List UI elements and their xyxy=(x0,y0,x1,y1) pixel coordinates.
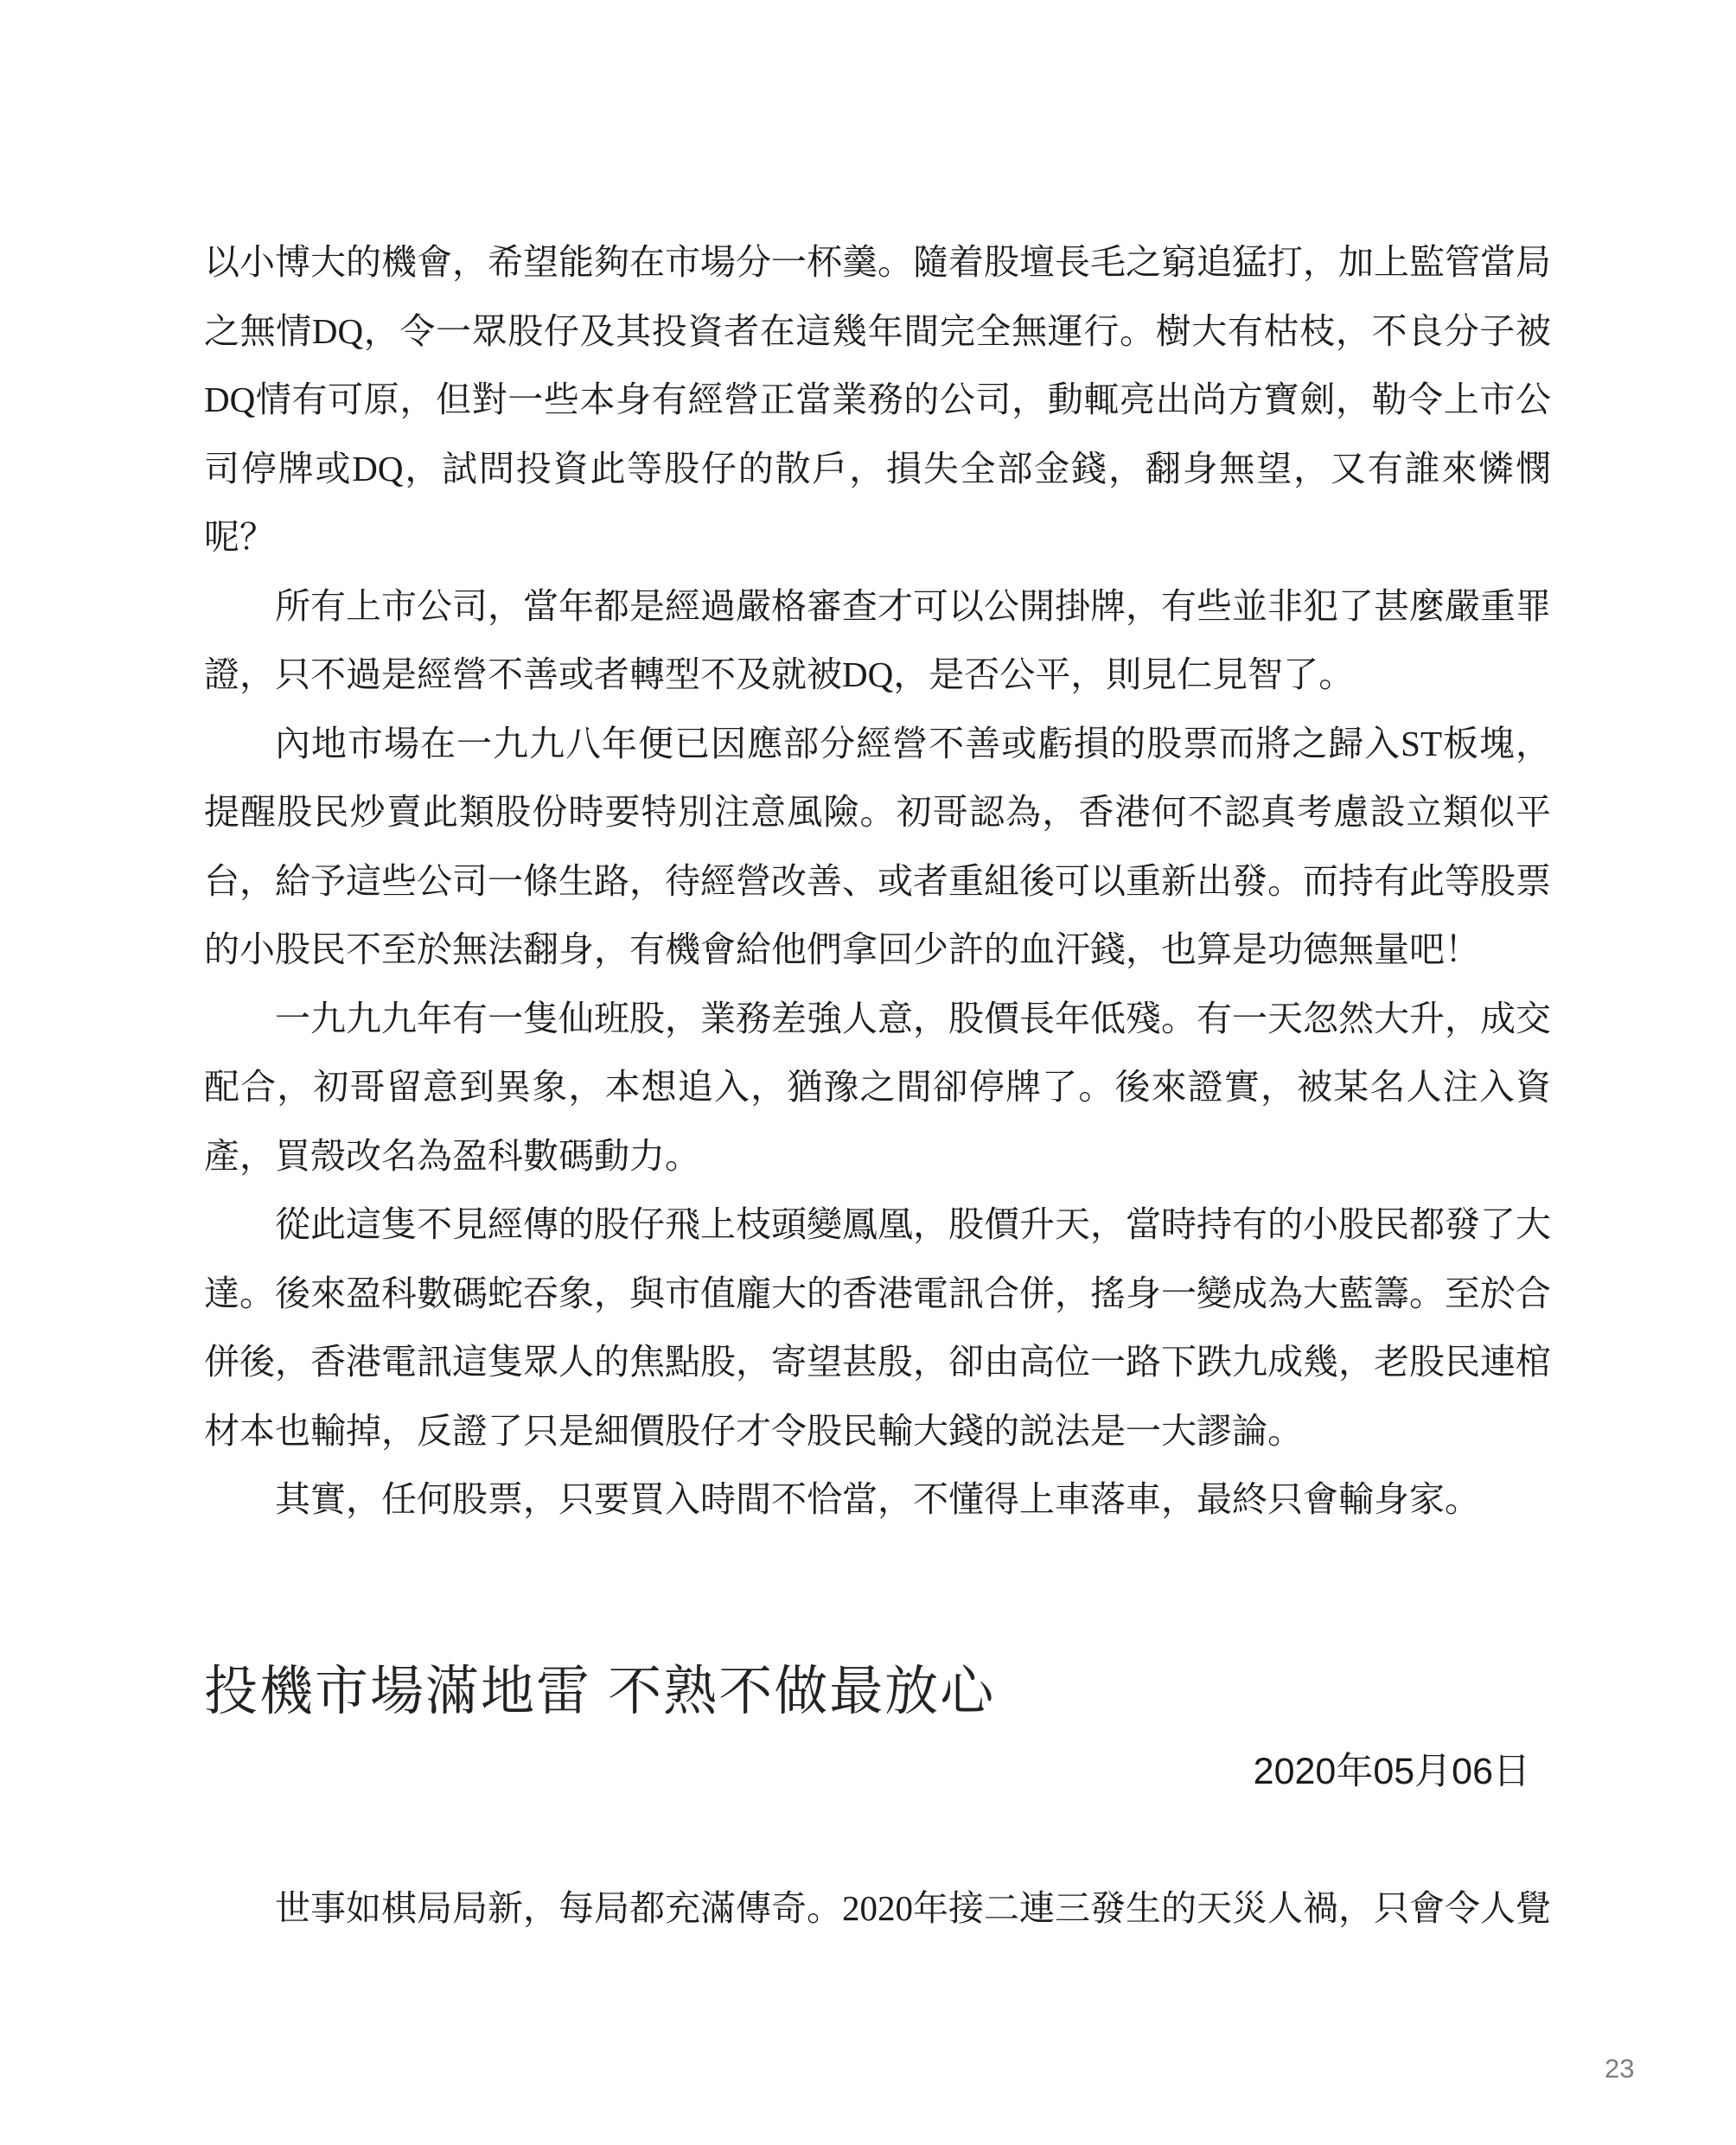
article-title: 投機市場滿地雷 不熟不做最放心 xyxy=(204,1662,1551,1722)
body-paragraph: 以小博大的機會，希望能夠在市場分一杯羹。隨着股壇長毛之窮追猛打，加上監管當局之無… xyxy=(204,228,1551,572)
article-body-block: 世事如棋局局新，每局都充滿傳奇。2020年接二連三發生的天災人禍，只會令人覺 xyxy=(204,1874,1551,1944)
body-paragraph: 其實，任何股票，只要買入時間不恰當，不懂得上車落車，最終只會輸身家。 xyxy=(204,1465,1551,1535)
page-number: 23 xyxy=(1605,2054,1634,2084)
body-paragraph: 所有上市公司，當年都是經過嚴格審查才可以公開掛牌，有些並非犯了甚麼嚴重罪證，只不… xyxy=(204,572,1551,710)
article-paragraph: 世事如棋局局新，每局都充滿傳奇。2020年接二連三發生的天災人禍，只會令人覺 xyxy=(204,1874,1551,1944)
body-paragraph: 一九九九年有一隻仙班股，業務差強人意，股價長年低殘。有一天忽然大升，成交配合，初… xyxy=(204,985,1551,1191)
book-page: 以小博大的機會，希望能夠在市場分一杯羹。隨着股壇長毛之窮追猛打，加上監管當局之無… xyxy=(0,0,1736,2145)
body-paragraph: 內地市場在一九九八年便已因應部分經營不善或虧損的股票而將之歸入ST板塊，提醒股民… xyxy=(204,710,1551,985)
article-date: 2020年05月06日 xyxy=(204,1750,1530,1793)
body-paragraph: 從此這隻不見經傳的股仔飛上枝頭變鳳凰，股價升天，當時持有的小股民都發了大達。後來… xyxy=(204,1191,1551,1465)
body-text-block: 以小博大的機會，希望能夠在市場分一杯羹。隨着股壇長毛之窮追猛打，加上監管當局之無… xyxy=(204,228,1551,1535)
